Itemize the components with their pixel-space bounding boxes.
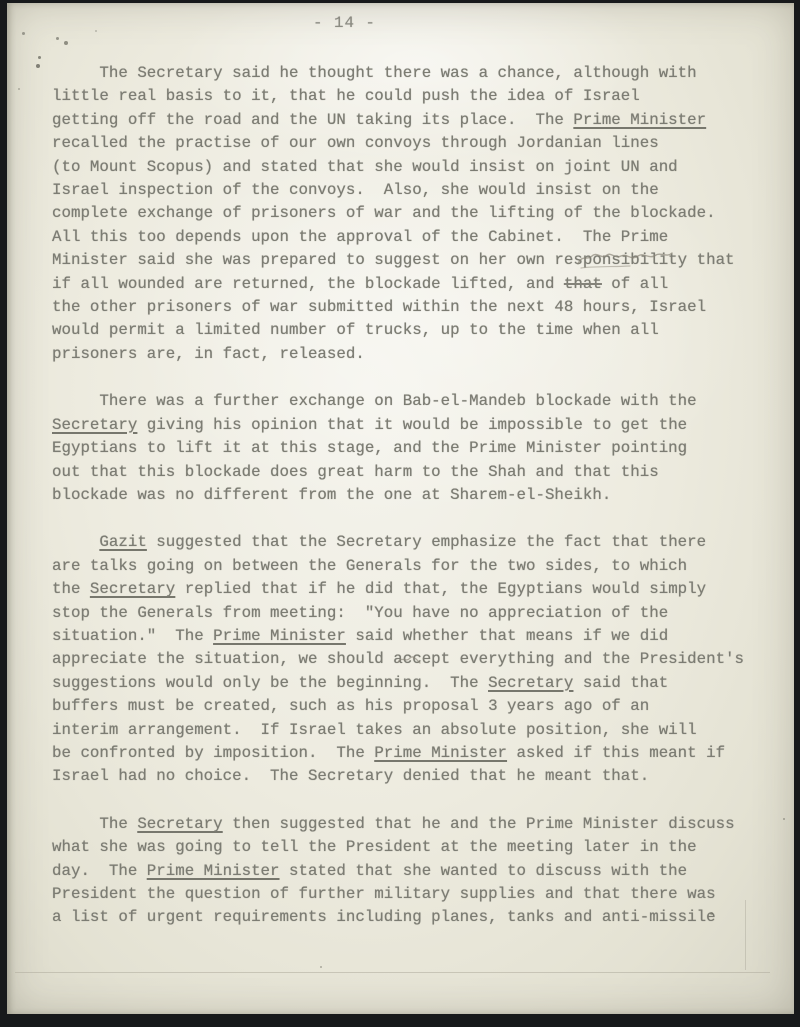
scan-speck xyxy=(64,41,68,45)
text-line: a list of urgent requirements including … xyxy=(52,906,772,929)
text-line: The Secretary then suggested that he and… xyxy=(52,813,772,836)
text-line: situation." The Prime Minister said whet… xyxy=(52,625,772,648)
text-line: Secretary giving his opinion that it wou… xyxy=(52,414,772,437)
text-line: little real basis to it, that he could p… xyxy=(52,85,772,108)
text-line: The Secretary said he thought there was … xyxy=(52,62,772,85)
scan-speck xyxy=(56,37,59,40)
scan-line-horizontal xyxy=(15,972,770,973)
text-line: Israel had no choice. The Secretary deni… xyxy=(52,765,772,788)
scanned-page: - 14 - The Secretary said he thought the… xyxy=(7,3,794,1014)
text-line: if all wounded are returned, the blockad… xyxy=(52,273,772,296)
text-line: (to Mount Scopus) and stated that she wo… xyxy=(52,156,772,179)
text-line: are talks going on between the Generals … xyxy=(52,555,772,578)
text-line: what she was going to tell the President… xyxy=(52,836,772,859)
text-line: There was a further exchange on Bab-el-M… xyxy=(52,390,772,413)
scan-speck xyxy=(38,56,41,59)
document-body: The Secretary said he thought there was … xyxy=(52,62,772,954)
text-line: the other prisoners of war submitted wit… xyxy=(52,296,772,319)
text-line: Israel inspection of the convoys. Also, … xyxy=(52,179,772,202)
text-line: All this too depends upon the approval o… xyxy=(52,226,772,249)
scan-speck xyxy=(710,912,713,915)
scan-speck xyxy=(36,64,40,68)
paragraph: The Secretary said he thought there was … xyxy=(52,62,772,366)
text-line: would permit a limited number of trucks,… xyxy=(52,319,772,342)
text-line: be confronted by imposition. The Prime M… xyxy=(52,742,772,765)
text-line: stop the Generals from meeting: "You hav… xyxy=(52,602,772,625)
text-line: suggestions would only be the beginning.… xyxy=(52,672,772,695)
text-line: prisoners are, in fact, released. xyxy=(52,343,772,366)
text-line: Egyptians to lift it at this stage, and … xyxy=(52,437,772,460)
text-line: the Secretary replied that if he did tha… xyxy=(52,578,772,601)
text-line: interim arrangement. If Israel takes an … xyxy=(52,719,772,742)
text-line: complete exchange of prisoners of war an… xyxy=(52,202,772,225)
scan-line-vertical xyxy=(745,900,746,970)
text-line: recalled the practise of our own convoys… xyxy=(52,132,772,155)
page-number: - 14 - xyxy=(313,14,376,32)
text-line: blockade was no different from the one a… xyxy=(52,484,772,507)
text-line: getting off the road and the UN taking i… xyxy=(52,109,772,132)
text-line: Gazit suggested that the Secretary empha… xyxy=(52,531,772,554)
handwritten-annotation xyxy=(575,248,675,272)
text-line: President the question of further milita… xyxy=(52,883,772,906)
paragraph: The Secretary then suggested that he and… xyxy=(52,813,772,930)
scan-speck xyxy=(22,32,25,35)
text-line: day. The Prime Minister stated that she … xyxy=(52,860,772,883)
text-line: out that this blockade does great harm t… xyxy=(52,461,772,484)
scan-speck xyxy=(320,966,322,968)
handwritten-mark xyxy=(396,653,422,667)
scan-speck xyxy=(783,818,785,820)
scan-speck xyxy=(95,30,97,32)
paragraph: There was a further exchange on Bab-el-M… xyxy=(52,390,772,507)
scan-speck xyxy=(18,88,20,90)
text-line: buffers must be created, such as his pro… xyxy=(52,695,772,718)
